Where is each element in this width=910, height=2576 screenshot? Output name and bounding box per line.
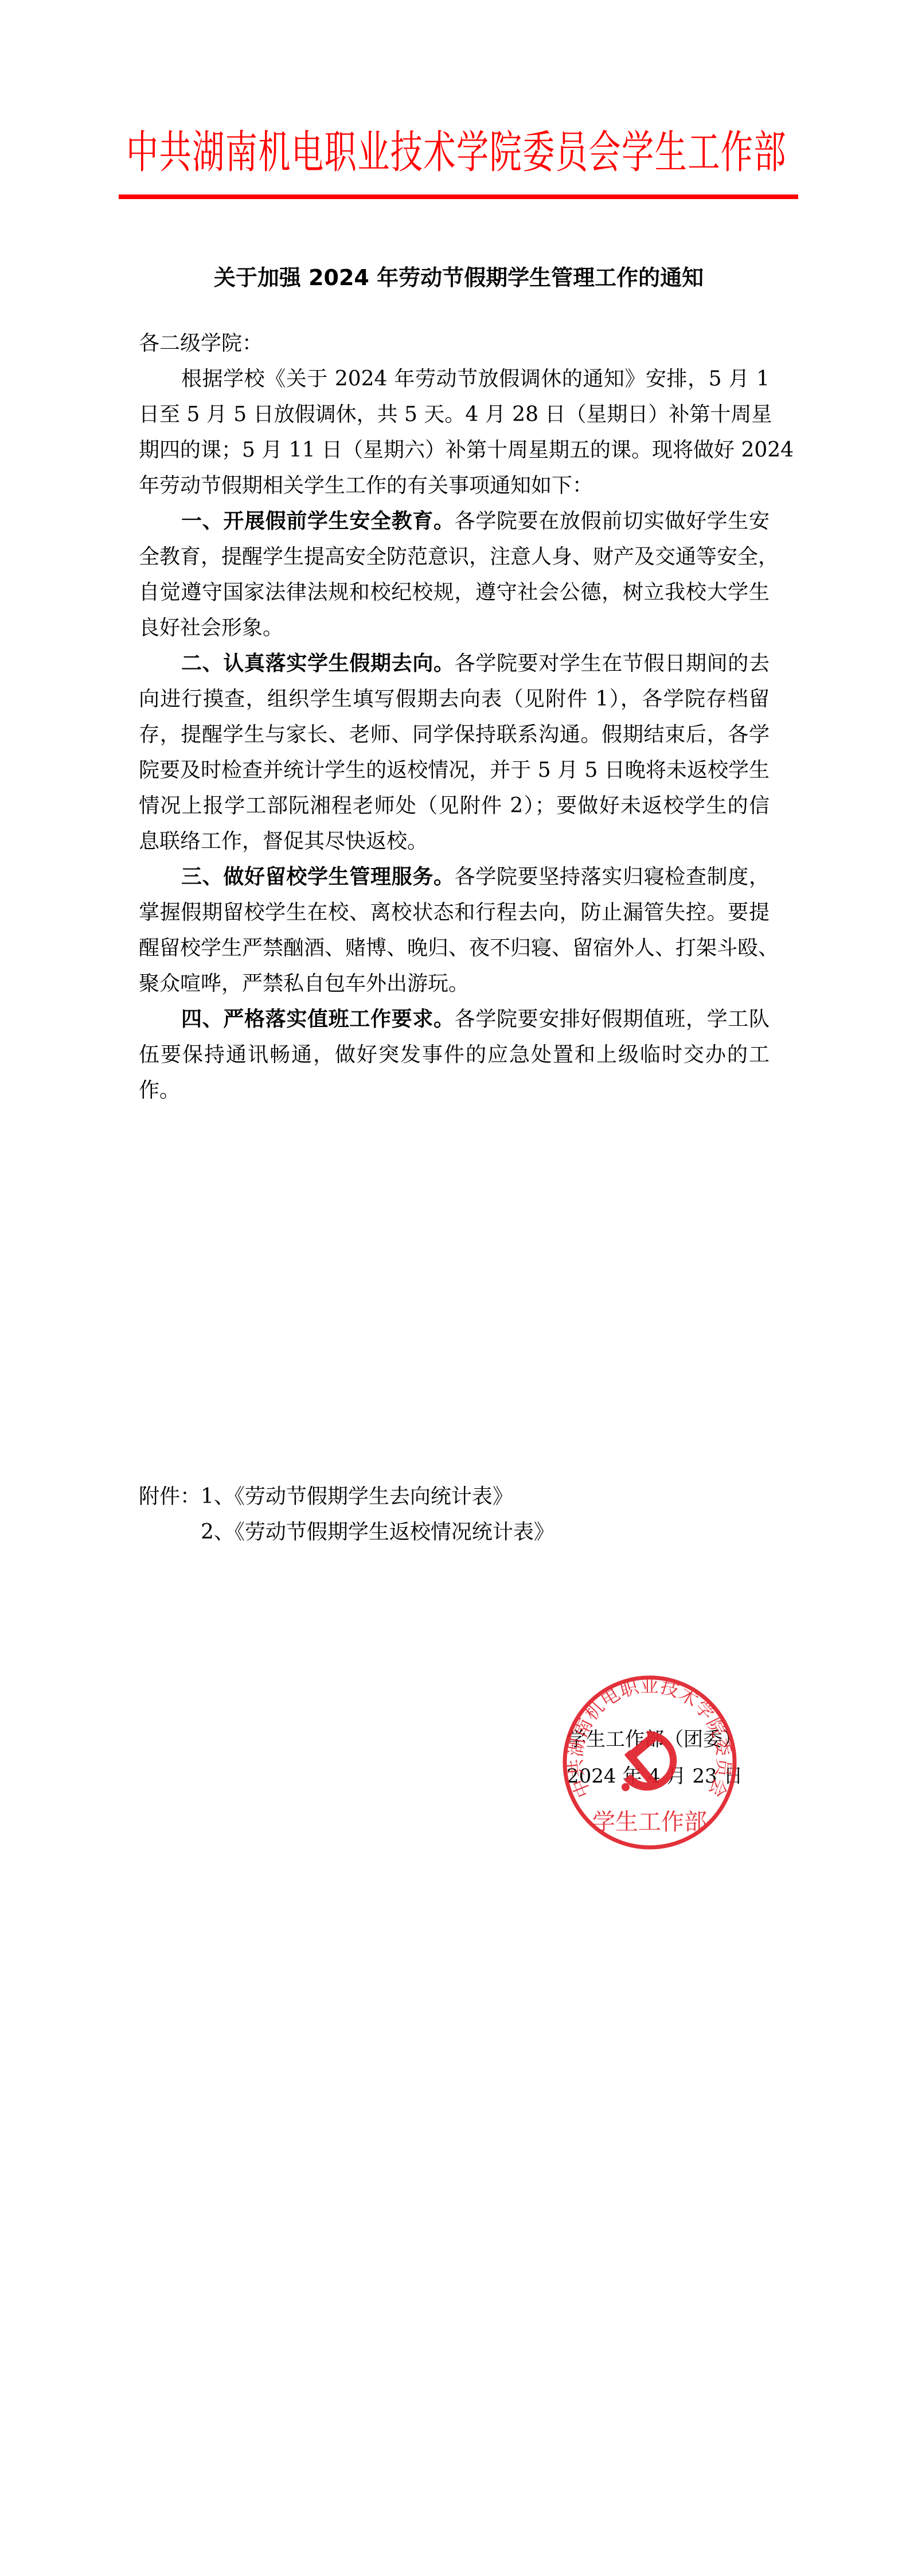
intro-line: 年劳动节假期相关学生工作的有关事项通知如下： — [139, 473, 593, 499]
hammer-sickle-icon — [622, 1731, 677, 1791]
document-title: 关于加强 2024 年劳动节假期学生管理工作的通知 — [0, 263, 910, 293]
attachments-label: 附件： — [139, 1485, 201, 1508]
section-2-heading: 二、认真落实学生假期去向。 — [181, 652, 455, 675]
section-2-line: 情况上报学工部阮湘程老师处（见附件 2）；要做好未返校学生的信 — [139, 793, 770, 819]
section-2-line: 院要及时检查并统计学生的返校情况，并于 5 月 5 日晚将未返校学生 — [139, 757, 770, 784]
section-4-heading: 四、严格落实值班工作要求。 — [181, 1007, 455, 1031]
section-1-line: 自觉遵守国家法律法规和校纪校规，遵守社会公德，树立我校大学生 — [139, 579, 770, 606]
section-2-line: 息联络工作，督促其尽快返校。 — [139, 828, 428, 855]
section-4-line: 伍要保持通讯畅通，做好突发事件的应急处置和上级临时交办的工 — [139, 1042, 770, 1068]
attachment-line-1: 附件：1、《劳动节假期学生去向统计表》 — [139, 1484, 513, 1510]
official-seal-icon: 中共湖南机电职业技术学院委员会 学生工作部 — [561, 1674, 739, 1851]
section-1-line: 良好社会形象。 — [139, 615, 283, 641]
section-1-heading: 一、开展假前学生安全教育。 — [181, 509, 455, 533]
section-1-line: 全教育，提醒学生提高安全防范意识，注意人身、财产及交通等安全， — [139, 544, 770, 570]
letterhead-red-rule — [119, 194, 798, 199]
seal-center-text: 学生工作部 — [592, 1809, 707, 1835]
intro-line: 根据学校《关于 2024 年劳动节放假调休的通知》安排，5 月 1 — [181, 366, 770, 392]
section-3-text: 各学院要坚持落实归寝检查制度， — [455, 865, 770, 889]
section-3-line: 掌握假期留校学生在校、离校状态和行程去向，防止漏管失控。要提 — [139, 900, 770, 926]
attachment-line-2: 2、《劳动节假期学生返校情况统计表》 — [201, 1519, 554, 1546]
section-2-text: 各学院要对学生在节假日期间的去 — [455, 652, 770, 675]
section-4-first-line: 四、严格落实值班工作要求。各学院要安排好假期值班，学工队 — [181, 1006, 770, 1033]
section-2-line: 存，提醒学生与家长、老师、同学保持联系沟通。假期结束后，各学 — [139, 722, 770, 748]
section-2-first-line: 二、认真落实学生假期去向。各学院要对学生在节假日期间的去 — [181, 651, 770, 677]
document-page: 中共湖南机电职业技术学院委员会学生工作部 关于加强 2024 年劳动节假期学生管… — [0, 0, 910, 2576]
letterhead-title: 中共湖南机电职业技术学院委员会学生工作部 — [126, 124, 601, 181]
section-3-heading: 三、做好留校学生管理服务。 — [181, 865, 455, 889]
section-1-first-line: 一、开展假前学生安全教育。各学院要在放假前切实做好学生安 — [181, 508, 770, 535]
section-1-text: 各学院要在放假前切实做好学生安 — [455, 509, 770, 533]
section-3-line: 聚众喧哗，严禁私自包车外出游玩。 — [139, 971, 469, 997]
intro-line: 日至 5 月 5 日放假调休，共 5 天。4 月 28 日（星期日）补第十周星 — [139, 402, 770, 428]
section-4-line: 作。 — [139, 1077, 180, 1104]
salutation: 各二级学院： — [139, 330, 263, 357]
section-2-line: 向进行摸查，组织学生填写假期去向表（见附件 1），各学院存档留 — [139, 686, 770, 713]
section-3-line: 醒留校学生严禁酗酒、赌博、晚归、夜不归寝、留宿外人、打架斗殴、 — [139, 935, 770, 962]
section-4-text: 各学院要安排好假期值班，学工队 — [455, 1007, 770, 1031]
intro-line: 期四的课；5 月 11 日（星期六）补第十周星期五的课。现将做好 2024 — [139, 437, 770, 464]
section-3-first-line: 三、做好留校学生管理服务。各学院要坚持落实归寝检查制度， — [181, 864, 770, 890]
attachment-item: 1、《劳动节假期学生去向统计表》 — [201, 1485, 513, 1508]
